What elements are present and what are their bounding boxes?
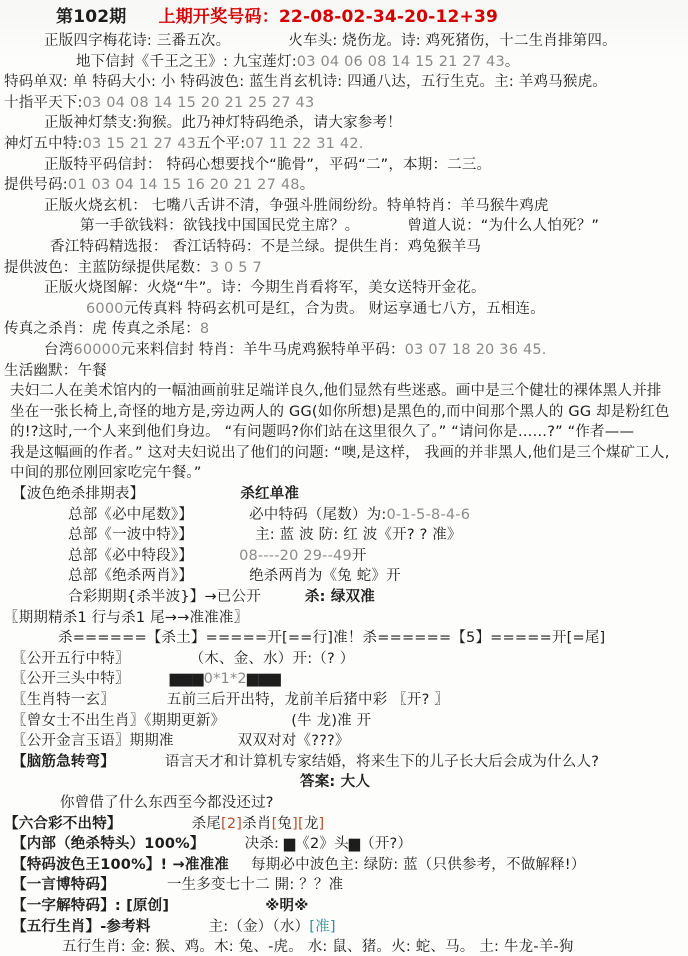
text-line: 【五行生肖】-参考料主:（金）（水）[准] <box>12 917 684 938</box>
document-lines: 第102期上期开奖号码：22-08-02-34-20-12+39正版四字梅花诗:… <box>4 5 684 956</box>
text-segment: 【六合彩不出特】 <box>4 814 122 835</box>
text-line: 正版火烧玄机： 七嘴八舌讲不清，争强斗胜闹纷纷。特单特肖：羊马猴牛鸡虎 <box>44 196 684 217</box>
text-line: 〖曾女士不出生肖〗《期期更新》(牛 龙)准 开 <box>12 711 684 732</box>
text-segment: 03 04 06 08 14 15 21 27 43 <box>297 52 505 73</box>
text-segment: 〖公开三头中特〗 <box>12 669 130 690</box>
text-line: 正版四字梅花诗: 三番五次。火车头: 烧伤龙。诗: 鸡死猪伤，十二生肖排第四。 <box>44 31 684 52</box>
text-line: 合彩期期{杀半波}】→已公开杀: 绿双准 <box>68 587 684 608</box>
text-line: 〖公开三头中特〗▆▆▆0*1*2▆▆▆ <box>12 669 684 690</box>
text-segment: 。 <box>505 52 520 73</box>
text-segment: [2] <box>221 814 242 835</box>
text-segment: [准] <box>309 917 335 938</box>
text-segment: 01 03 04 14 15 16 20 21 27 48 <box>68 175 300 196</box>
text-segment: 3 0 5 7 <box>210 258 262 279</box>
header-line: 第102期上期开奖号码：22-08-02-34-20-12+39 <box>56 5 684 29</box>
text-line: 特码单双: 单 特码大小: 小 特码波色: 蓝生肖玄机诗: 四通八达，五行生克。… <box>4 72 684 93</box>
text-line: 〖期期精杀1 行与杀1 尾→→准准准〗 <box>4 608 684 629</box>
text-line: 〖生肖特一玄〗五前三后开出特，龙前羊后猪中彩 〖开? 〗 <box>12 690 684 711</box>
text-segment: 0*1*2 <box>204 669 247 690</box>
text-segment: 主:（金）（水） <box>209 917 310 938</box>
text-segment: ] <box>319 814 325 835</box>
text-segment: 你曾借了什么东西至今都没还过? <box>60 793 274 814</box>
text-segment: （木、金、水）开:（? ） <box>190 649 355 670</box>
text-segment: 〖曾女士不出生肖〗《期期更新》 <box>12 711 225 732</box>
text-segment: 60000 <box>73 340 120 361</box>
text-segment: 〖公开五行中特〗 <box>12 649 130 670</box>
text-segment: ▆▆▆ <box>170 669 204 690</box>
text-line: 的!?这时,一个人来到他们身边。 “有问题吗?你们站在这里很久了。” “请问你是… <box>10 422 684 443</box>
text-segment: 总部《绝杀两肖》】 <box>68 566 193 587</box>
text-segment: 提供波色：主蓝防绿提供尾数： <box>4 258 210 279</box>
text-segment: ▆▆▆ <box>247 669 281 690</box>
text-segment: 【特码波色王100%】! →准准准 <box>12 855 229 876</box>
text-segment: (牛 龙)准 开 <box>291 711 371 732</box>
text-segment: 香江特码精选报： 香江话特码：不是兰绿。提供生肖：鸡兔猴羊马 <box>50 237 481 258</box>
text-segment: 正版四字梅花诗: 三番五次。 <box>44 31 230 52</box>
text-segment: 语言天才和计算机专家结婚，将来生下的儿子长大后会成为什么人? <box>165 752 599 773</box>
text-line: 答案: 大人 <box>300 772 684 793</box>
text-segment: 必中特码（尾数）为: <box>249 505 386 526</box>
text-segment: 地下信封《千王之王》: 九宝莲灯: <box>76 52 297 73</box>
text-segment: 中间的那位刚回家吃完午餐。” <box>10 463 202 484</box>
text-line: 地下信封《千王之王》: 九宝莲灯: 03 04 06 08 14 15 21 2… <box>76 52 684 73</box>
text-line: 【波色绝杀排期表】杀红单准 <box>12 484 684 505</box>
text-segment: 答案: 大人 <box>300 772 370 793</box>
text-segment: 第一手欲钱料：欲钱找中国国民党主席？。 <box>80 216 359 237</box>
text-segment: 我是这幅画的作者。” 这对夫妇说出了他们的问题: “噢,是这样， 我画的并非黑人… <box>10 443 670 464</box>
text-segment: 03 04 08 14 15 20 21 25 27 43 <box>83 93 315 114</box>
text-line: 总部《一波中特》】主: 蓝 波 防: 红 波《开? ? 准》 <box>68 525 684 546</box>
text-segment: 【一言博特码】 <box>12 875 115 896</box>
text-line: 【一字解特码】: [原创]※明※ <box>12 896 684 917</box>
text-line: 我是这幅画的作者。” 这对夫妇说出了他们的问题: “噢,是这样， 我画的并非黑人… <box>10 443 684 464</box>
text-segment: 坐在一张长椅上,奇怪的地方是,旁边两人的 GG(如你所想)是黑色的,而中间那个黑… <box>10 402 670 423</box>
text-segment: 一生多变七十二 開: ？？准 <box>167 875 343 896</box>
text-segment: 【五行生肖】-参考料 <box>12 917 151 938</box>
text-line: 杀======【杀土】=====开[==行]准！杀======【5】=====开… <box>58 628 684 649</box>
text-line: 总部《必中尾数》】必中特码（尾数）为: 0-1-5-8-4-6 <box>68 505 684 526</box>
lottery-tip-sheet: 第102期上期开奖号码：22-08-02-34-20-12+39正版四字梅花诗:… <box>0 0 688 956</box>
text-segment: 十指平天下: <box>4 93 83 114</box>
text-line: 总部《绝杀两肖》】绝杀两肖为《兔 蛇》开 <box>68 566 684 587</box>
text-segment: 07 11 22 31 42. <box>245 134 363 155</box>
text-line: 夫妇二人在美术馆内的一幅油画前驻足端详良久,他们显然有些迷惑。画中是三个健壮的裸… <box>10 381 684 402</box>
text-line: 第一手欲钱料：欲钱找中国国民党主席？。曾道人说：“为什么人怕死？” <box>80 216 684 237</box>
text-line: 中间的那位刚回家吃完午餐。” <box>10 463 684 484</box>
text-line: 提供号码: 01 03 04 14 15 16 20 21 27 48。 <box>4 175 684 196</box>
text-line: 总部《必中特段》】08----20 29--49 开 <box>68 546 684 567</box>
text-segment: 正版神灯禁支:狗猴。此乃神灯特码绝杀，请大家参考！ <box>44 113 402 134</box>
text-segment: 0-1-5-8-4-6 <box>386 505 470 526</box>
text-segment: 〖期期精杀1 行与杀1 尾→→准准准〗 <box>4 608 248 629</box>
text-segment: 〖公开金言玉语〗期期准 <box>12 731 174 752</box>
text-segment: 第102期 <box>56 5 127 29</box>
text-segment: 总部《一波中特》】 <box>68 525 193 546</box>
text-line: 6000 元传真料 特码玄机可是红，合为贵。 财运享通七八方，五相连。 <box>86 299 684 320</box>
text-line: 传真之杀肖：虎 传真之杀尾：8 <box>4 319 684 340</box>
text-line: 正版神灯禁支:狗猴。此乃神灯特码绝杀，请大家参考！ <box>44 113 684 134</box>
text-line: 【一言博特码】一生多变七十二 開: ？？准 <box>12 875 684 896</box>
text-segment: 杀尾 <box>192 814 221 835</box>
text-line: 【特码波色王100%】! →准准准每期必中波色主: 绿防: 蓝（只供参考，不做解… <box>12 855 684 876</box>
text-line: 台湾 60000 元来料信封 特肖：羊牛马虎鸡猴特单平码： 03 07 18 2… <box>44 340 684 361</box>
text-line: 香江特码精选报： 香江话特码：不是兰绿。提供生肖：鸡兔猴羊马 <box>50 237 684 258</box>
text-line: 生活幽默：午餐 <box>4 361 684 382</box>
text-segment: 【脑筋急转弯】 <box>12 752 115 773</box>
text-segment: 五前三后开出特，龙前羊后猪中彩 〖开? 〗 <box>167 690 449 711</box>
text-segment: 传真之杀肖：虎 传真之杀尾： <box>4 319 200 340</box>
text-segment: 双双对对《???》 <box>238 731 350 752</box>
text-line: 正版火烧图解：火烧“牛”。诗：今期生肖看将军，美女送特开金花。 <box>44 278 684 299</box>
text-segment: 夫妇二人在美术馆内的一幅油画前驻足端详良久,他们显然有些迷惑。画中是三个健壮的裸… <box>10 381 662 402</box>
text-segment: 元传真料 特码玄机可是红，合为贵。 财运享通七八方，五相连。 <box>124 299 545 320</box>
text-segment: 兔 <box>277 814 292 835</box>
text-segment: 08----20 29--49 <box>239 546 352 567</box>
text-segment: 03 07 18 20 36 45. <box>405 340 547 361</box>
text-segment: 【波色绝杀排期表】 <box>12 484 144 505</box>
text-segment: 正版特平码信封： 特码心想要找个“脆骨”，平码“二”，本期：二三。 <box>44 155 491 176</box>
text-segment: 五个平: <box>196 134 245 155</box>
text-segment: 6000 <box>86 299 124 320</box>
text-line: 神灯五中特:03 15 21 27 43 五个平:07 11 22 31 42. <box>4 134 684 155</box>
text-segment: 杀: 绿双准 <box>305 587 375 608</box>
text-segment: 龙 <box>304 814 319 835</box>
text-segment: 正版火烧玄机： 七嘴八舌讲不清，争强斗胜闹纷纷。特单特肖：羊马猴牛鸡虎 <box>44 196 549 217</box>
text-segment: 【内部（绝杀特头）100%】 <box>12 834 205 855</box>
text-segment: 台湾 <box>44 340 73 361</box>
text-segment: 曾道人说：“为什么人怕死？” <box>407 216 599 237</box>
text-segment: 03 15 21 27 43 <box>83 134 197 155</box>
text-line: 【六合彩不出特】杀尾[2]杀肖[兔][龙] <box>4 814 684 835</box>
text-segment: 神灯五中特: <box>4 134 83 155</box>
text-segment: 杀======【杀土】=====开[==行]准！杀======【5】=====开… <box>58 628 605 649</box>
text-line: 十指平天下: 03 04 08 14 15 20 21 25 27 43 <box>4 93 684 114</box>
text-segment: 总部《必中尾数》】 <box>68 505 193 526</box>
text-segment: ][ <box>292 814 304 835</box>
text-segment: 主: 蓝 波 防: 红 波《开? ? 准》 <box>255 525 462 546</box>
text-line: 正版特平码信封： 特码心想要找个“脆骨”，平码“二”，本期：二三。 <box>44 155 684 176</box>
text-line: 【脑筋急转弯】语言天才和计算机专家结婚，将来生下的儿子长大后会成为什么人? <box>12 752 684 773</box>
text-line: 〖公开金言玉语〗期期准双双对对《???》 <box>12 731 684 752</box>
text-segment: 〖生肖特一玄〗 <box>12 690 115 711</box>
text-segment: 。 <box>300 175 315 196</box>
text-segment: 正版火烧图解：火烧“牛”。诗：今期生肖看将军，美女送特开金花。 <box>44 278 486 299</box>
text-segment: 特码单双: 单 特码大小: 小 特码波色: 蓝生肖玄机诗: 四通八达，五行生克。… <box>4 72 607 93</box>
text-segment: 火车头: 烧伤龙。诗: 鸡死猪伤，十二生肖排第四。 <box>288 31 617 52</box>
text-segment: 每期必中波色主: 绿防: 蓝（只供参考，不做解释!） <box>251 855 586 876</box>
text-segment: 【一字解特码】: [原创] <box>12 896 169 917</box>
text-segment: 上期开奖号码：22-08-02-34-20-12+39 <box>159 5 499 29</box>
text-line: 提供波色：主蓝防绿提供尾数：3 0 5 7 <box>4 258 684 279</box>
text-segment: 合彩期期{杀半波}】→已公开 <box>68 587 261 608</box>
text-segment: 开 <box>352 546 367 567</box>
text-segment: 总部《必中特段》】 <box>68 546 193 567</box>
text-line: 坐在一张长椅上,奇怪的地方是,旁边两人的 GG(如你所想)是黑色的,而中间那个黑… <box>10 402 684 423</box>
text-segment: 杀红单准 <box>240 484 299 505</box>
text-segment: 决杀: ▆《2》头▆（开?） <box>245 834 413 855</box>
text-segment: 的!?这时,一个人来到他们身边。 “有问题吗?你们站在这里很久了。” “请问你是… <box>10 422 634 443</box>
text-segment: 生活幽默：午餐 <box>4 361 107 382</box>
text-segment: 五行生肖: 金: 猴、鸡。木: 兔、-虎。 水: 鼠、猪。火: 蛇、马。 土: … <box>62 937 574 956</box>
text-segment: 元来料信封 特肖：羊牛马虎鸡猴特单平码： <box>121 340 405 361</box>
text-line: 五行生肖: 金: 猴、鸡。木: 兔、-虎。 水: 鼠、猪。火: 蛇、马。 土: … <box>62 937 684 956</box>
text-line: 【内部（绝杀特头）100%】决杀: ▆《2》头▆（开?） <box>12 834 684 855</box>
text-line: 〖公开五行中特〗（木、金、水）开:（? ） <box>12 649 684 670</box>
text-segment: 提供号码: <box>4 175 68 196</box>
text-segment: 8 <box>200 319 209 340</box>
text-line: 你曾借了什么东西至今都没还过? <box>60 793 684 814</box>
text-segment: ※明※ <box>265 896 308 917</box>
text-segment: 绝杀两肖为《兔 蛇》开 <box>249 566 401 587</box>
text-segment: 杀肖 <box>242 814 271 835</box>
